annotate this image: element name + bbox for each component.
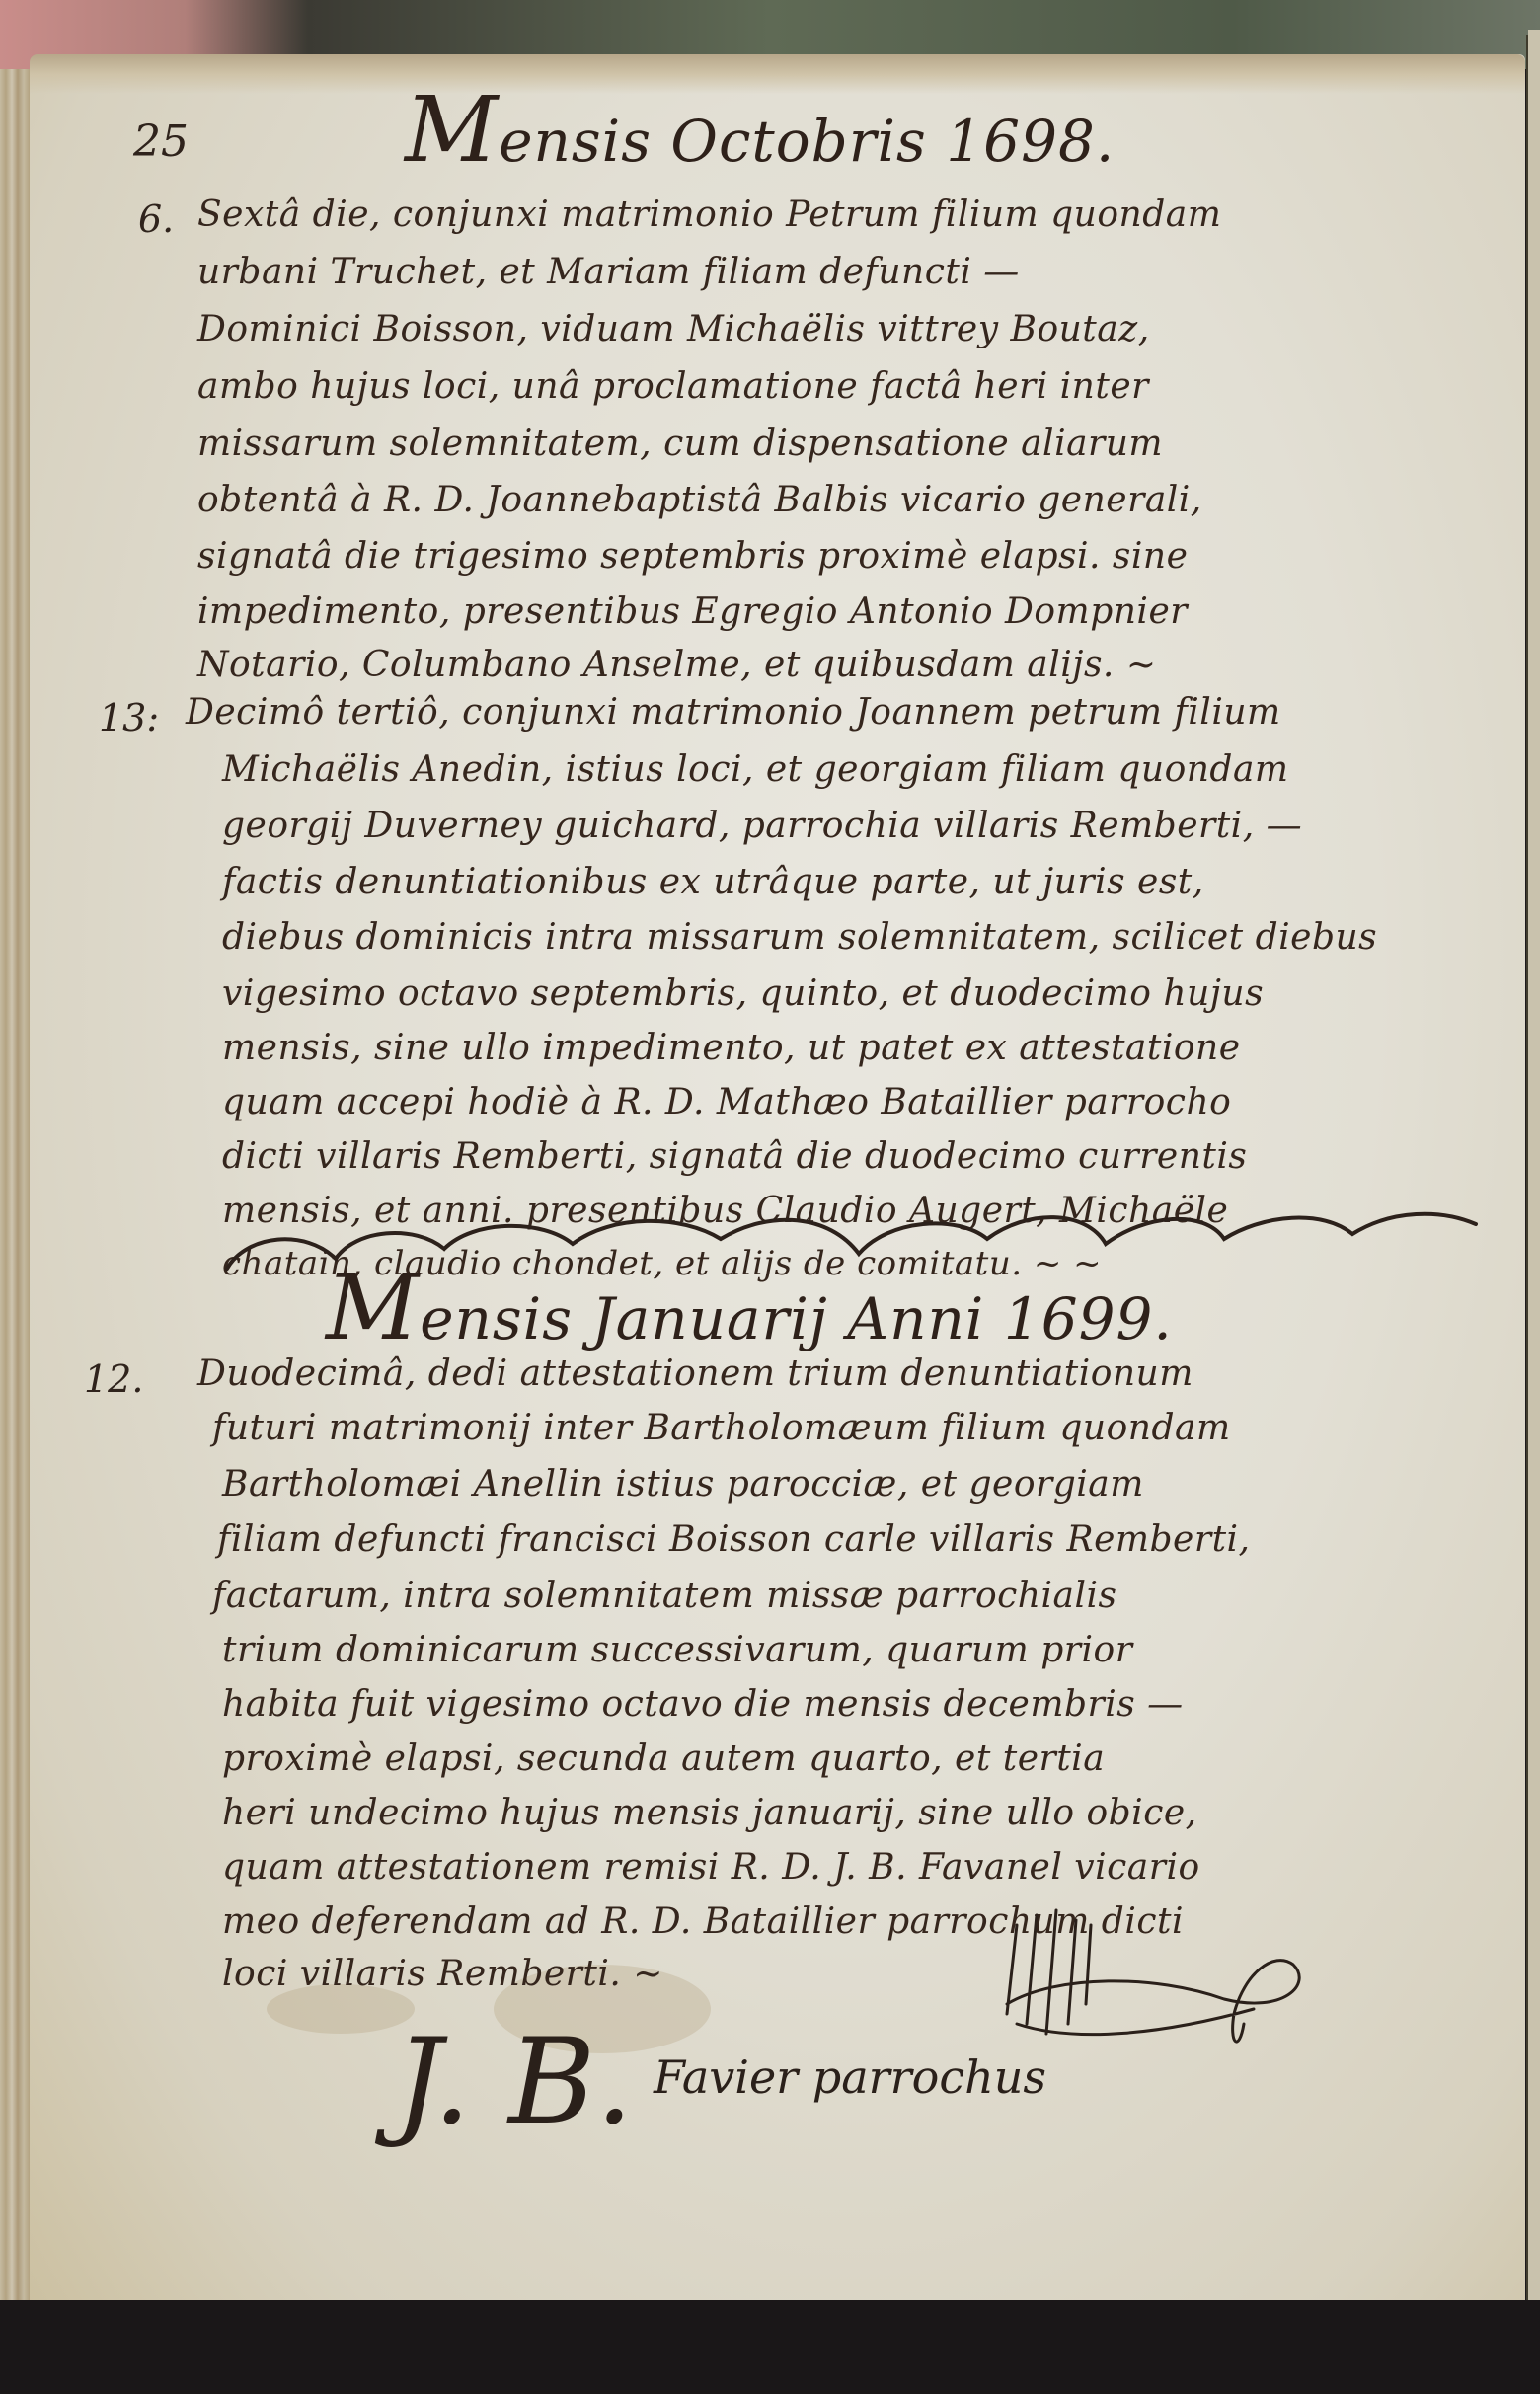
signature-name: Favier parrochus xyxy=(654,2050,1046,2104)
entry-line: filiam defuncti francisci Boisson carle … xyxy=(217,1518,1251,1562)
entry-line: mensis, sine ullo impedimento, ut patet … xyxy=(222,1027,1241,1070)
entry-line: heri undecimo hujus mensis januarij, sin… xyxy=(222,1792,1197,1835)
entry-line: quam attestationem remisi R. D. J. B. Fa… xyxy=(222,1846,1200,1890)
entry-line: dicti villaris Remberti, signatâ die duo… xyxy=(222,1135,1247,1179)
entry-line: urbani Truchet, et Mariam filiam defunct… xyxy=(197,251,1020,294)
page-top-edge xyxy=(30,54,1525,94)
entry-line: factarum, intra solemnitatem missæ parro… xyxy=(212,1575,1116,1618)
next-page-edge xyxy=(1528,30,1540,2320)
entry-line: vigesimo octavo septembris, quinto, et d… xyxy=(222,972,1264,1016)
entry-line: trium dominicarum successivarum, quarum … xyxy=(222,1629,1132,1672)
entry-line: futuri matrimonij inter Bartholomæum fil… xyxy=(212,1407,1231,1450)
signature-initials: J. B. xyxy=(395,2014,633,2151)
entry-day-number: 6. xyxy=(138,197,174,241)
signature-paraph-icon xyxy=(997,1905,1323,2063)
entry-line: quam accepi hodiè à R. D. Mathæo Bataill… xyxy=(222,1081,1231,1124)
title-initial: M xyxy=(405,77,499,183)
entry-line: Decimô tertiô, conjunxi matrimonio Joann… xyxy=(186,691,1281,734)
entry-line: diebus dominicis intra missarum solemnit… xyxy=(222,916,1377,960)
entry-line: Dominici Boisson, viduam Michaëlis vittr… xyxy=(197,308,1150,351)
entry-line: signatâ die trigesimo septembris proximè… xyxy=(197,535,1188,579)
title-text: ensis Januarij Anni 1699. xyxy=(420,1285,1173,1352)
entry-line: Duodecimâ, dedi attestationem trium denu… xyxy=(197,1352,1193,1396)
entry-day-number: 13: xyxy=(99,696,159,739)
entry-line: georgij Duverney guichard, parrochia vil… xyxy=(222,805,1302,848)
entry-line: Bartholomæi Anellin istius parocciæ, et … xyxy=(222,1463,1144,1506)
background-bottom xyxy=(0,2300,1540,2394)
section-title-october-1698: Mensis Octobris 1698. xyxy=(405,91,1115,175)
entry-line: impedimento, presentibus Egregio Antonio… xyxy=(197,590,1188,634)
entry-line: proximè elapsi, secunda autem quarto, et… xyxy=(222,1738,1105,1781)
entry-line: factis denuntiationibus ex utrâque parte… xyxy=(222,861,1204,904)
entry-line: ambo hujus loci, unâ proclamatione factâ… xyxy=(197,365,1149,409)
title-initial: M xyxy=(326,1255,420,1360)
page-number: 25 xyxy=(133,116,189,167)
title-text: ensis Octobris 1698. xyxy=(499,108,1115,175)
priest-signature: J. B. Favier parrochus xyxy=(395,1984,1046,2122)
entry-line: obtentâ à R. D. Joannebaptistâ Balbis vi… xyxy=(197,479,1202,522)
entry-line: Michaëlis Anedin, istius loci, et georgi… xyxy=(222,748,1289,792)
entry-line: missarum solemnitatem, cum dispensatione… xyxy=(197,423,1163,466)
page-edge-line xyxy=(1526,35,1528,2315)
entry-line: habita fuit vigesimo octavo die mensis d… xyxy=(222,1683,1184,1727)
entry-line: Notario, Columbano Anselme, et quibusdam… xyxy=(197,644,1157,687)
section-title-january-1699: Mensis Januarij Anni 1699. xyxy=(326,1269,1173,1352)
entry-line: Sextâ die, conjunxi matrimonio Petrum fi… xyxy=(197,193,1221,237)
entry-day-number: 12. xyxy=(84,1357,143,1401)
